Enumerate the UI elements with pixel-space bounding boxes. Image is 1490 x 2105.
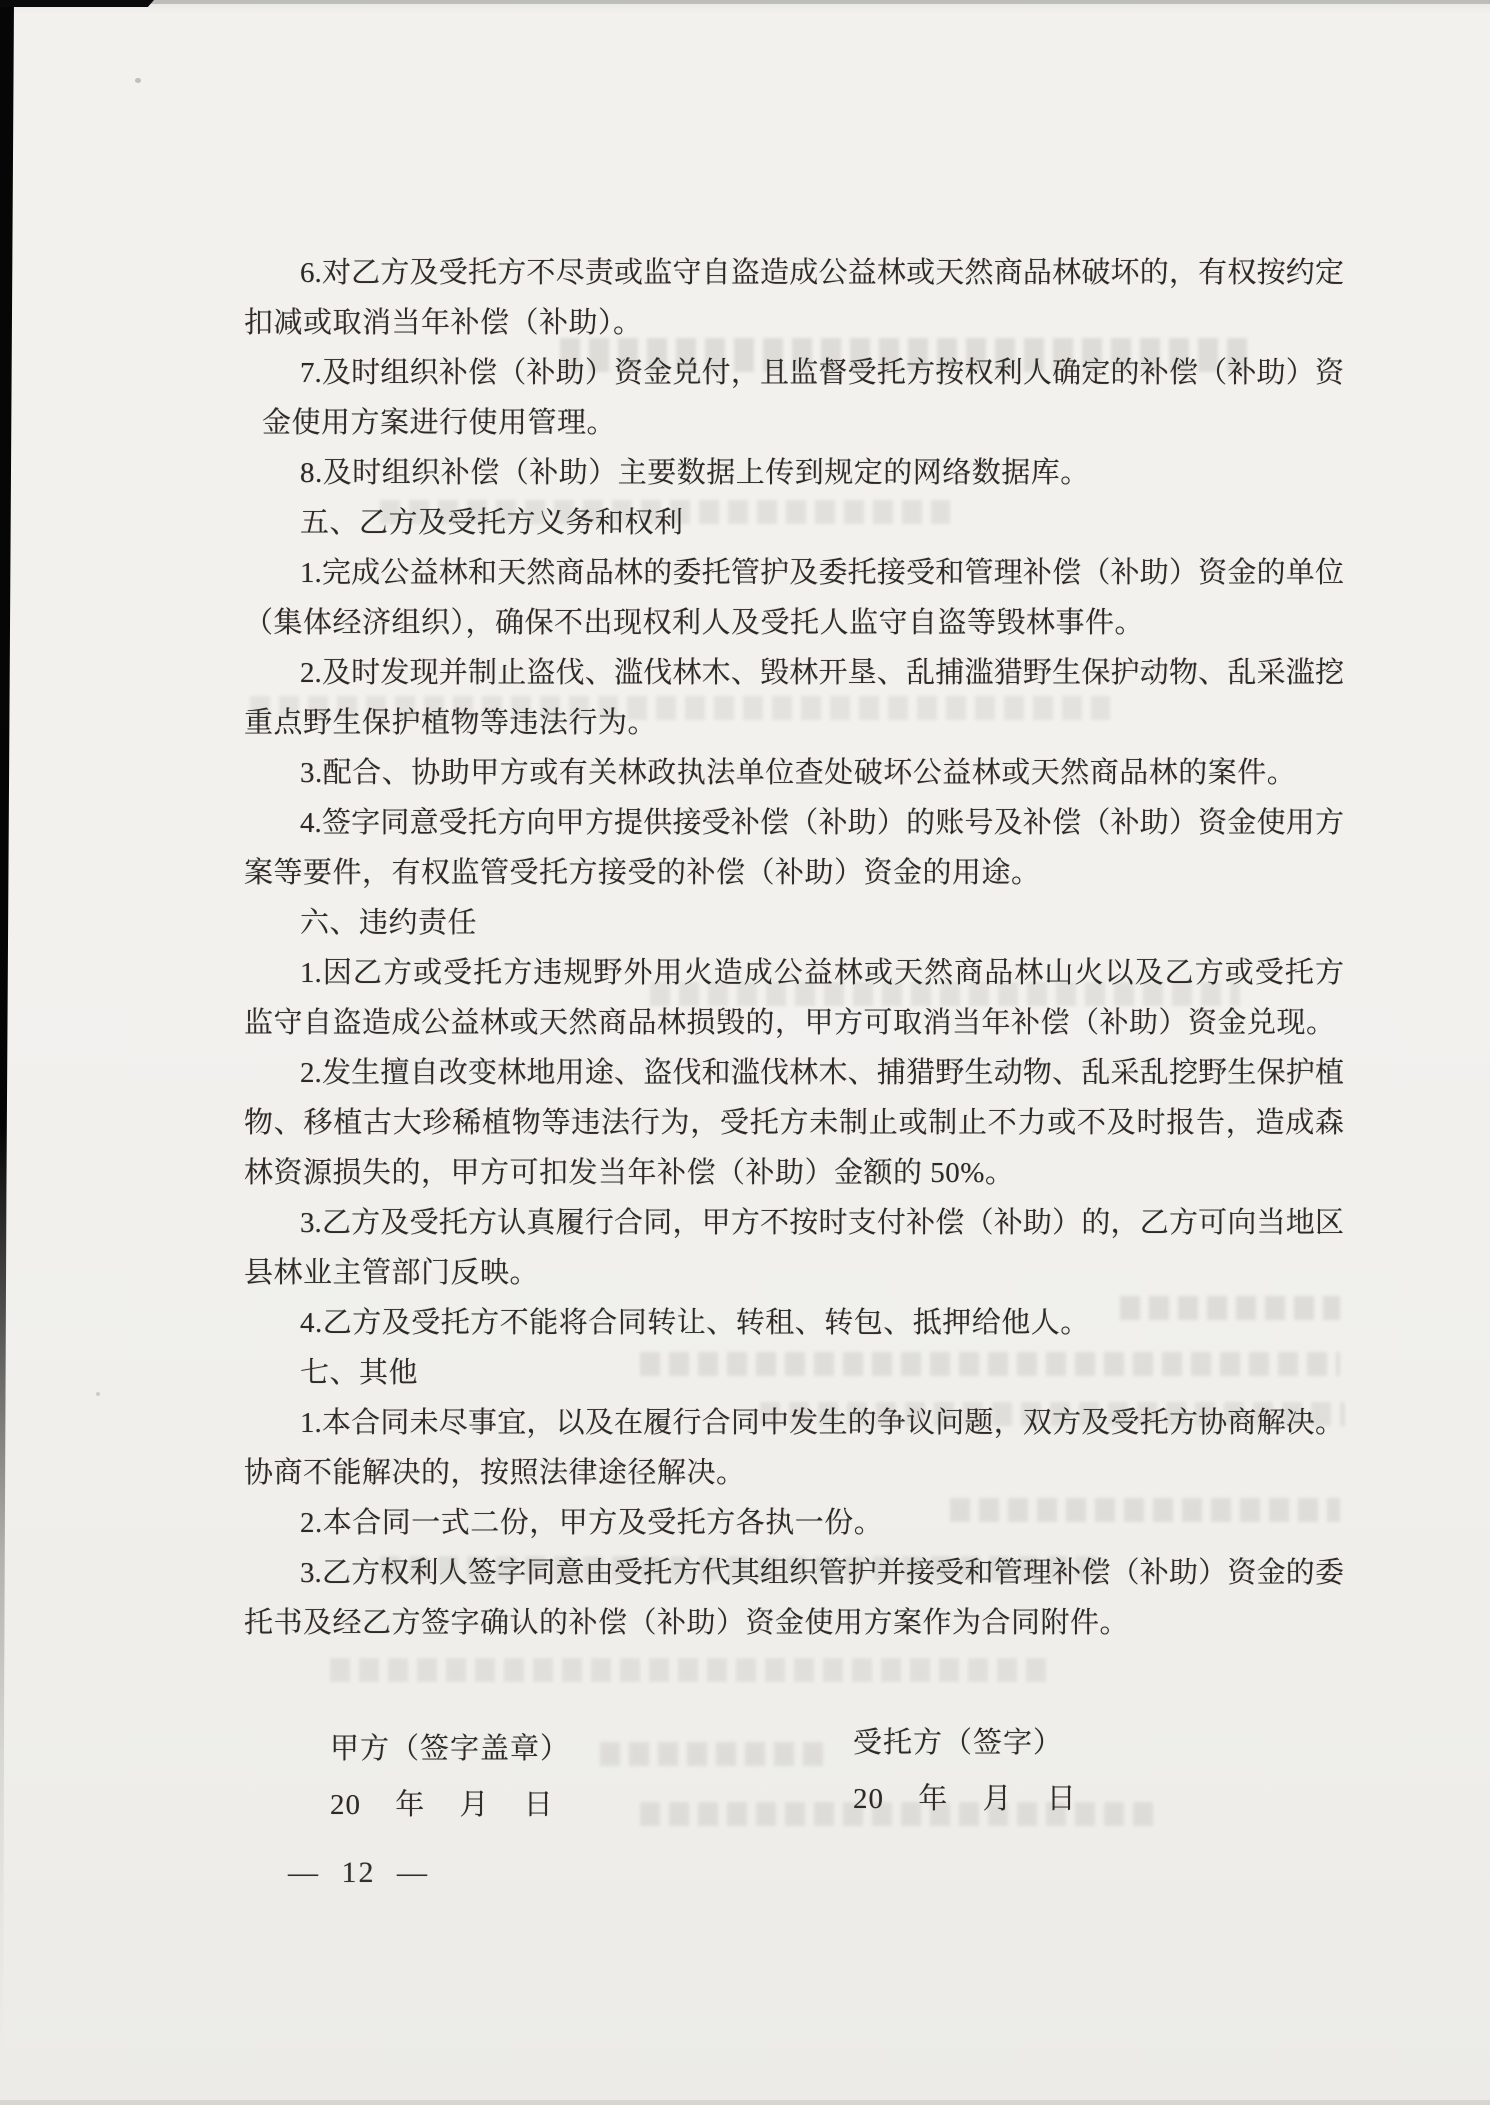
- scan-speck: [96, 1392, 100, 1396]
- contract-line: 五、乙方及受托方义务和权利: [244, 498, 1344, 548]
- contract-line: 6.对乙方及受托方不尽责或监守自盗造成公益林或天然商品林破坏的，有权按约定: [244, 248, 1344, 298]
- contract-line: 物、移植古大珍稀植物等违法行为，受托方未制止或制止不力或不及时报告，造成森: [244, 1098, 1344, 1148]
- contract-line: 3.配合、协助甲方或有关林政执法单位查处破坏公益林或天然商品林的案件。: [244, 748, 1344, 798]
- contract-line: 扣减或取消当年补偿（补助）。: [244, 298, 1344, 348]
- trustee-signature-label: 受托方（签字）: [853, 1726, 1077, 1760]
- contract-line: 重点野生保护植物等违法行为。: [244, 698, 1344, 748]
- contract-line: 4.签字同意受托方向甲方提供接受补偿（补助）的账号及补偿（补助）资金使用方: [244, 798, 1344, 848]
- scan-edge-artifact-left: [0, 0, 14, 2050]
- contract-line: 2.发生擅自改变林地用途、盗伐和滥伐林木、捕猎野生动物、乱采乱挖野生保护植: [244, 1048, 1344, 1098]
- scan-bottom-shadow: [0, 2100, 1490, 2105]
- trustee-date-line: 20 年 月 日: [853, 1782, 1077, 1816]
- contract-line: 1.因乙方或受托方违规野外用火造成公益林或天然商品林山火以及乙方或受托方: [244, 948, 1344, 998]
- scan-edge-artifact-top: [0, 0, 154, 7]
- contract-line: （集体经济组织），确保不出现权利人及受托人监守自盗等毁林事件。: [244, 598, 1344, 648]
- contract-line: 2.本合同一式二份，甲方及受托方各执一份。: [244, 1498, 1344, 1548]
- party-a-date-line: 20 年 月 日: [330, 1788, 570, 1822]
- contract-line: 金使用方案进行使用管理。: [244, 398, 1344, 448]
- contract-line: 8.及时组织补偿（补助）主要数据上传到规定的网络数据库。: [244, 448, 1344, 498]
- scan-speck: [135, 78, 141, 83]
- contract-line: 1.完成公益林和天然商品林的委托管护及委托接受和管理补偿（补助）资金的单位: [244, 548, 1344, 598]
- contract-line: 托书及经乙方签字确认的补偿（补助）资金使用方案作为合同附件。: [244, 1598, 1344, 1648]
- trustee-signature-block: 受托方（签字） 20 年 月 日: [853, 1726, 1077, 1816]
- contract-line: 4.乙方及受托方不能将合同转让、转租、转包、抵押给他人。: [244, 1298, 1344, 1348]
- contract-line: 案等要件，有权监管受托方接受的补偿（补助）资金的用途。: [244, 848, 1344, 898]
- party-a-signature-label: 甲方（签字盖章）: [330, 1732, 570, 1766]
- contract-line: 六、违约责任: [244, 898, 1344, 948]
- scanned-contract-page: 6.对乙方及受托方不尽责或监守自盗造成公益林或天然商品林破坏的，有权按约定扣减或…: [0, 0, 1490, 2105]
- contract-line: 七、其他: [244, 1348, 1344, 1398]
- bleedthrough-artifact: [330, 1658, 1050, 1682]
- contract-line: 7.及时组织补偿（补助）资金兑付，且监督受托方按权利人确定的补偿（补助）资: [244, 348, 1344, 398]
- contract-line: 3.乙方及受托方认真履行合同，甲方不按时支付补偿（补助）的，乙方可向当地区: [244, 1198, 1344, 1248]
- contract-body-text: 6.对乙方及受托方不尽责或监守自盗造成公益林或天然商品林破坏的，有权按约定扣减或…: [244, 248, 1344, 1648]
- contract-line: 林资源损失的，甲方可扣发当年补偿（补助）金额的 50%。: [244, 1148, 1344, 1198]
- bleedthrough-artifact: [600, 1742, 830, 1766]
- contract-line: 1.本合同未尽事宜，以及在履行合同中发生的争议问题，双方及受托方协商解决。: [244, 1398, 1344, 1448]
- contract-line: 3.乙方权利人签字同意由受托方代其组织管护并接受和管理补偿（补助）资金的委: [244, 1548, 1344, 1598]
- contract-line: 县林业主管部门反映。: [244, 1248, 1344, 1298]
- contract-line: 协商不能解决的，按照法律途径解决。: [244, 1448, 1344, 1498]
- contract-line: 2.及时发现并制止盗伐、滥伐林木、毁林开垦、乱捕滥猎野生保护动物、乱采滥挖: [244, 648, 1344, 698]
- contract-line: 监守自盗造成公益林或天然商品林损毁的，甲方可取消当年补偿（补助）资金兑现。: [244, 998, 1344, 1048]
- scan-top-shadow: [0, 0, 1490, 4]
- page-number: — 12 —: [288, 1856, 429, 1890]
- party-a-signature-block: 甲方（签字盖章） 20 年 月 日: [330, 1732, 570, 1822]
